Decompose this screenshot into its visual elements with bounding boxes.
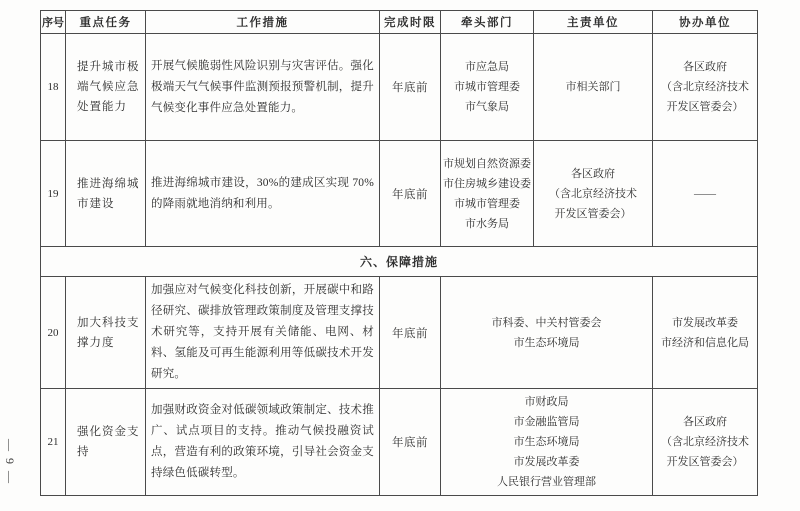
row20-assisting-unit-cell: 市发展改革委 市经济和信息化局 bbox=[653, 277, 758, 389]
row18-deadline-cell: 年底前 bbox=[380, 34, 441, 141]
header-重点任务: 重点任务 bbox=[66, 11, 146, 34]
header-序号: 序号 bbox=[41, 11, 66, 34]
header-主责单位: 主责单位 bbox=[534, 11, 653, 34]
row21-deadline-cell: 年底前 bbox=[380, 389, 441, 496]
row21-assisting-unit-cell: 各区政府 （含北京经济技术 开发区管委会） bbox=[653, 389, 758, 496]
row18-assisting-unit-cell: 各区政府 （含北京经济技术 开发区管委会） bbox=[653, 34, 758, 141]
row19-deadline-cell: 年底前 bbox=[380, 141, 441, 247]
header-协办单位: 协办单位 bbox=[653, 11, 758, 34]
section-title-cell: 六、保障措施 bbox=[41, 247, 758, 277]
row19-measures-cell: 推进海绵城市建设，30%的建成区实现 70%的降雨就地消纳和利用。 bbox=[146, 141, 380, 247]
table-row-18: 18 提升城市极端气候应急处置能力 开展气候脆弱性风险识别与灾害评估。强化极端天… bbox=[41, 34, 758, 141]
row19-responsible-unit-cell: 各区政府 （含北京经济技术 开发区管委会） bbox=[534, 141, 653, 247]
row18-number-cell: 18 bbox=[41, 34, 66, 141]
header-工作措施: 工作措施 bbox=[146, 11, 380, 34]
row21-lead-responsible-merged-cell: 市财政局 市金融监管局 市生态环境局 市发展改革委 人民银行营业管理部 bbox=[441, 389, 653, 496]
row18-lead-dept-cell: 市应急局 市城市管理委 市气象局 bbox=[441, 34, 534, 141]
page-number: — 9 — bbox=[2, 422, 18, 502]
row21-measures-cell: 加强财政资金对低碳领域政策制定、技术推广、试点项目的支持。推动气候投融资试点，营… bbox=[146, 389, 380, 496]
row19-number-cell: 19 bbox=[41, 141, 66, 247]
header-完成时限: 完成时限 bbox=[380, 11, 441, 34]
header-牵头部门: 牵头部门 bbox=[441, 11, 534, 34]
section-header-row: 六、保障措施 bbox=[41, 247, 758, 277]
document-page: — 9 — 序号 重点任务 工作措施 完成时限 牵头部门 主责单位 协办单位 1… bbox=[0, 0, 800, 511]
row18-task-cell: 提升城市极端气候应急处置能力 bbox=[66, 34, 146, 141]
row19-task-cell: 推进海绵城市建设 bbox=[66, 141, 146, 247]
table-row-21: 21 强化资金支持 加强财政资金对低碳领域政策制定、技术推广、试点项目的支持。推… bbox=[41, 389, 758, 496]
row21-number-cell: 21 bbox=[41, 389, 66, 496]
row20-measures-cell: 加强应对气候变化科技创新，开展碳中和路径研究、碳排放管理政策制度及管理支撑技术研… bbox=[146, 277, 380, 389]
table-row-20: 20 加大科技支撑力度 加强应对气候变化科技创新，开展碳中和路径研究、碳排放管理… bbox=[41, 277, 758, 389]
row21-task-cell: 强化资金支持 bbox=[66, 389, 146, 496]
action-plan-table: 序号 重点任务 工作措施 完成时限 牵头部门 主责单位 协办单位 18 提升城市… bbox=[40, 10, 758, 496]
table-row-19: 19 推进海绵城市建设 推进海绵城市建设，30%的建成区实现 70%的降雨就地消… bbox=[41, 141, 758, 247]
row19-lead-dept-cell: 市规划自然资源委 市住房城乡建设委 市城市管理委 市水务局 bbox=[441, 141, 534, 247]
row20-deadline-cell: 年底前 bbox=[380, 277, 441, 389]
row18-measures-cell: 开展气候脆弱性风险识别与灾害评估。强化极端天气气候事件监测预报预警机制，提升气候… bbox=[146, 34, 380, 141]
row20-number-cell: 20 bbox=[41, 277, 66, 389]
row20-task-cell: 加大科技支撑力度 bbox=[66, 277, 146, 389]
row18-responsible-unit-cell: 市相关部门 bbox=[534, 34, 653, 141]
row19-assisting-unit-cell: —— bbox=[653, 141, 758, 247]
table-header-row: 序号 重点任务 工作措施 完成时限 牵头部门 主责单位 协办单位 bbox=[41, 11, 758, 34]
row20-lead-responsible-merged-cell: 市科委、中关村管委会 市生态环境局 bbox=[441, 277, 653, 389]
